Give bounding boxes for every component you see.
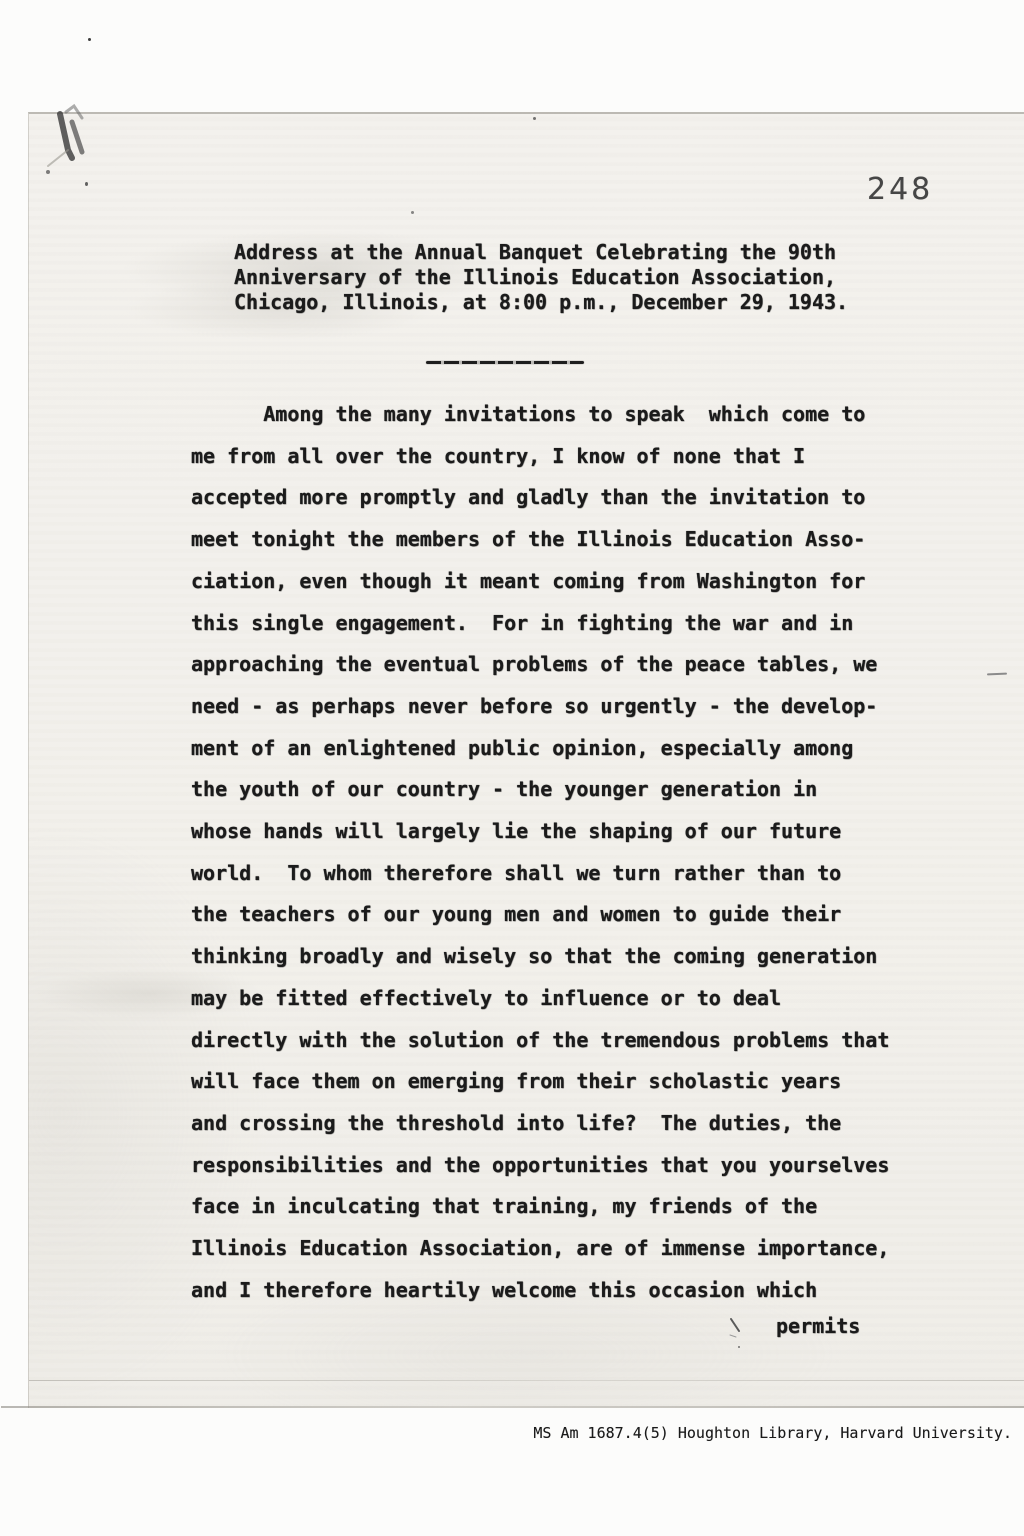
heading-line: Address at the Annual Banquet Celebratin… xyxy=(234,240,848,265)
dust-speck xyxy=(738,1346,740,1348)
heading-line: Chicago, Illinois, at 8:00 p.m., Decembe… xyxy=(234,290,848,315)
body-text-line: meet tonight the members of the Illinois… xyxy=(191,519,889,561)
body-text-line: responsibilities and the opportunities t… xyxy=(191,1145,889,1187)
body-text-line: world. To whom therefore shall we turn r… xyxy=(191,853,889,895)
body-text-line: me from all over the country, I know of … xyxy=(191,436,889,478)
paper-crease xyxy=(29,1380,1024,1381)
body-text-line: the youth of our country - the younger g… xyxy=(191,769,889,811)
body-text-line: whose hands will largely lie the shaping… xyxy=(191,811,889,853)
dust-speck xyxy=(411,211,414,214)
dust-speck xyxy=(85,182,88,186)
body-text-line: face in inculcating that training, my fr… xyxy=(191,1186,889,1228)
pencil-tick-icon xyxy=(728,1317,744,1339)
body-text-line: ment of an enlightened public opinion, e… xyxy=(191,728,889,770)
document-body: Among the many invitations to speak whic… xyxy=(191,394,889,1311)
pencil-scribble-icon xyxy=(38,98,118,178)
archive-caption: MS Am 1687.4(5) Houghton Library, Harvar… xyxy=(533,1424,1012,1442)
scanned-document-page: 248 Address at the Annual Banquet Celebr… xyxy=(0,0,1024,1536)
body-text-line: may be fitted effectively to influence o… xyxy=(191,978,889,1020)
body-text-line: need - as perhaps never before so urgent… xyxy=(191,686,889,728)
paper-bottom-edge xyxy=(1,1406,1024,1408)
body-text-line: and crossing the threshold into life? Th… xyxy=(191,1103,889,1145)
page-number: 248 xyxy=(867,172,933,207)
body-text-line: Illinois Education Association, are of i… xyxy=(191,1228,889,1270)
separator-rule xyxy=(426,361,584,364)
body-text-line: thinking broadly and wisely so that the … xyxy=(191,936,889,978)
document-heading: Address at the Annual Banquet Celebratin… xyxy=(234,240,848,315)
body-text-line: directly with the solution of the tremen… xyxy=(191,1020,889,1062)
body-text-line: approaching the eventual problems of the… xyxy=(191,644,889,686)
body-text-line: this single engagement. For in fighting … xyxy=(191,603,889,645)
body-text-line: ciation, even though it meant coming fro… xyxy=(191,561,889,603)
heading-line: Anniversary of the Illinois Education As… xyxy=(234,265,848,290)
body-text-line: Among the many invitations to speak whic… xyxy=(191,394,889,436)
margin-dash-mark xyxy=(987,673,1007,676)
catchword: permits xyxy=(776,1314,860,1338)
dust-speck xyxy=(533,117,536,120)
dust-speck xyxy=(88,38,91,41)
body-text-line: the teachers of our young men and women … xyxy=(191,894,889,936)
body-text-line: and I therefore heartily welcome this oc… xyxy=(191,1270,889,1312)
body-text-line: accepted more promptly and gladly than t… xyxy=(191,477,889,519)
page-scan: 248 Address at the Annual Banquet Celebr… xyxy=(28,112,1024,1408)
body-text-line: will face them on emerging from their sc… xyxy=(191,1061,889,1103)
